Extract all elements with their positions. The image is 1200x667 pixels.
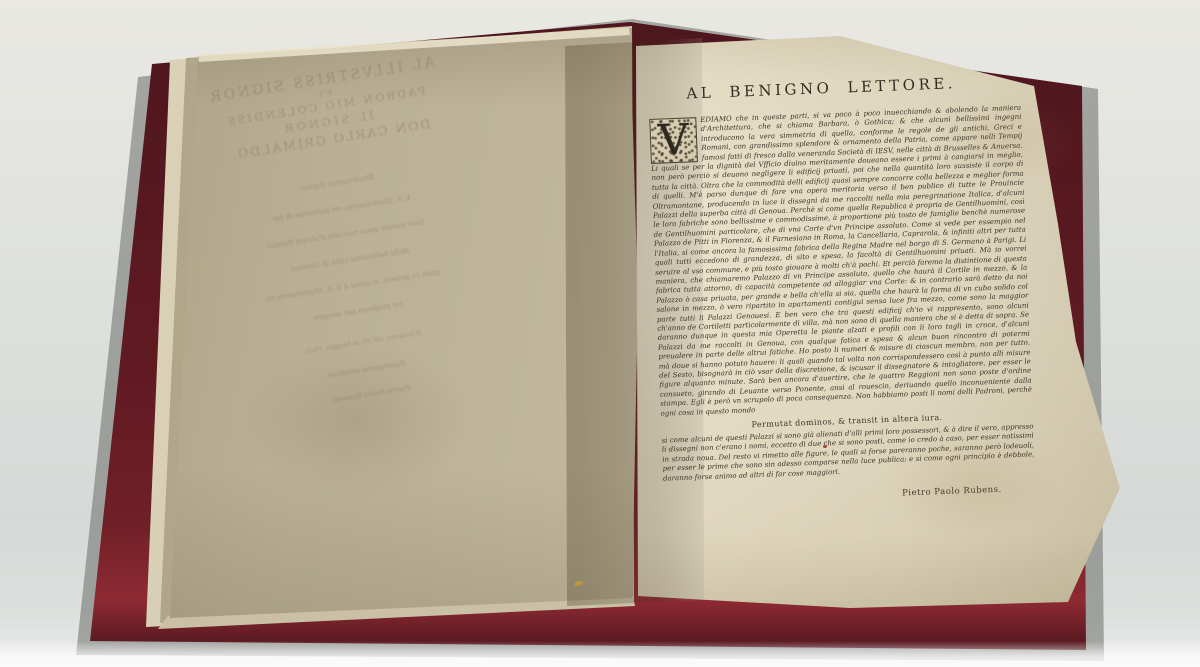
book-photograph: AL ILLVSTRISS SIGNOR ET PADRON MIO COLEN… (0, 0, 1200, 667)
preface-paragraph-text: EDIAMO che in queste parti, si va poco à… (651, 104, 1032, 418)
preface-closing-paragraph: si come alcuni de questi Palazzi si sono… (661, 422, 1035, 483)
preface-text-block: AL BENIGNO LETTORE. VEDIAMO che in quest… (648, 72, 1036, 508)
showthrough-dedication: AL ILLVSTRISS SIGNOR ET PADRON MIO COLEN… (121, 31, 591, 568)
table-surface-highlight (0, 641, 1200, 667)
drop-cap-letter: V (650, 116, 697, 163)
foxing-speck (823, 445, 827, 448)
preface-paragraph: VEDIAMO che in queste parti, si va poco … (649, 104, 1032, 419)
woodcut-initial: V (649, 117, 698, 164)
